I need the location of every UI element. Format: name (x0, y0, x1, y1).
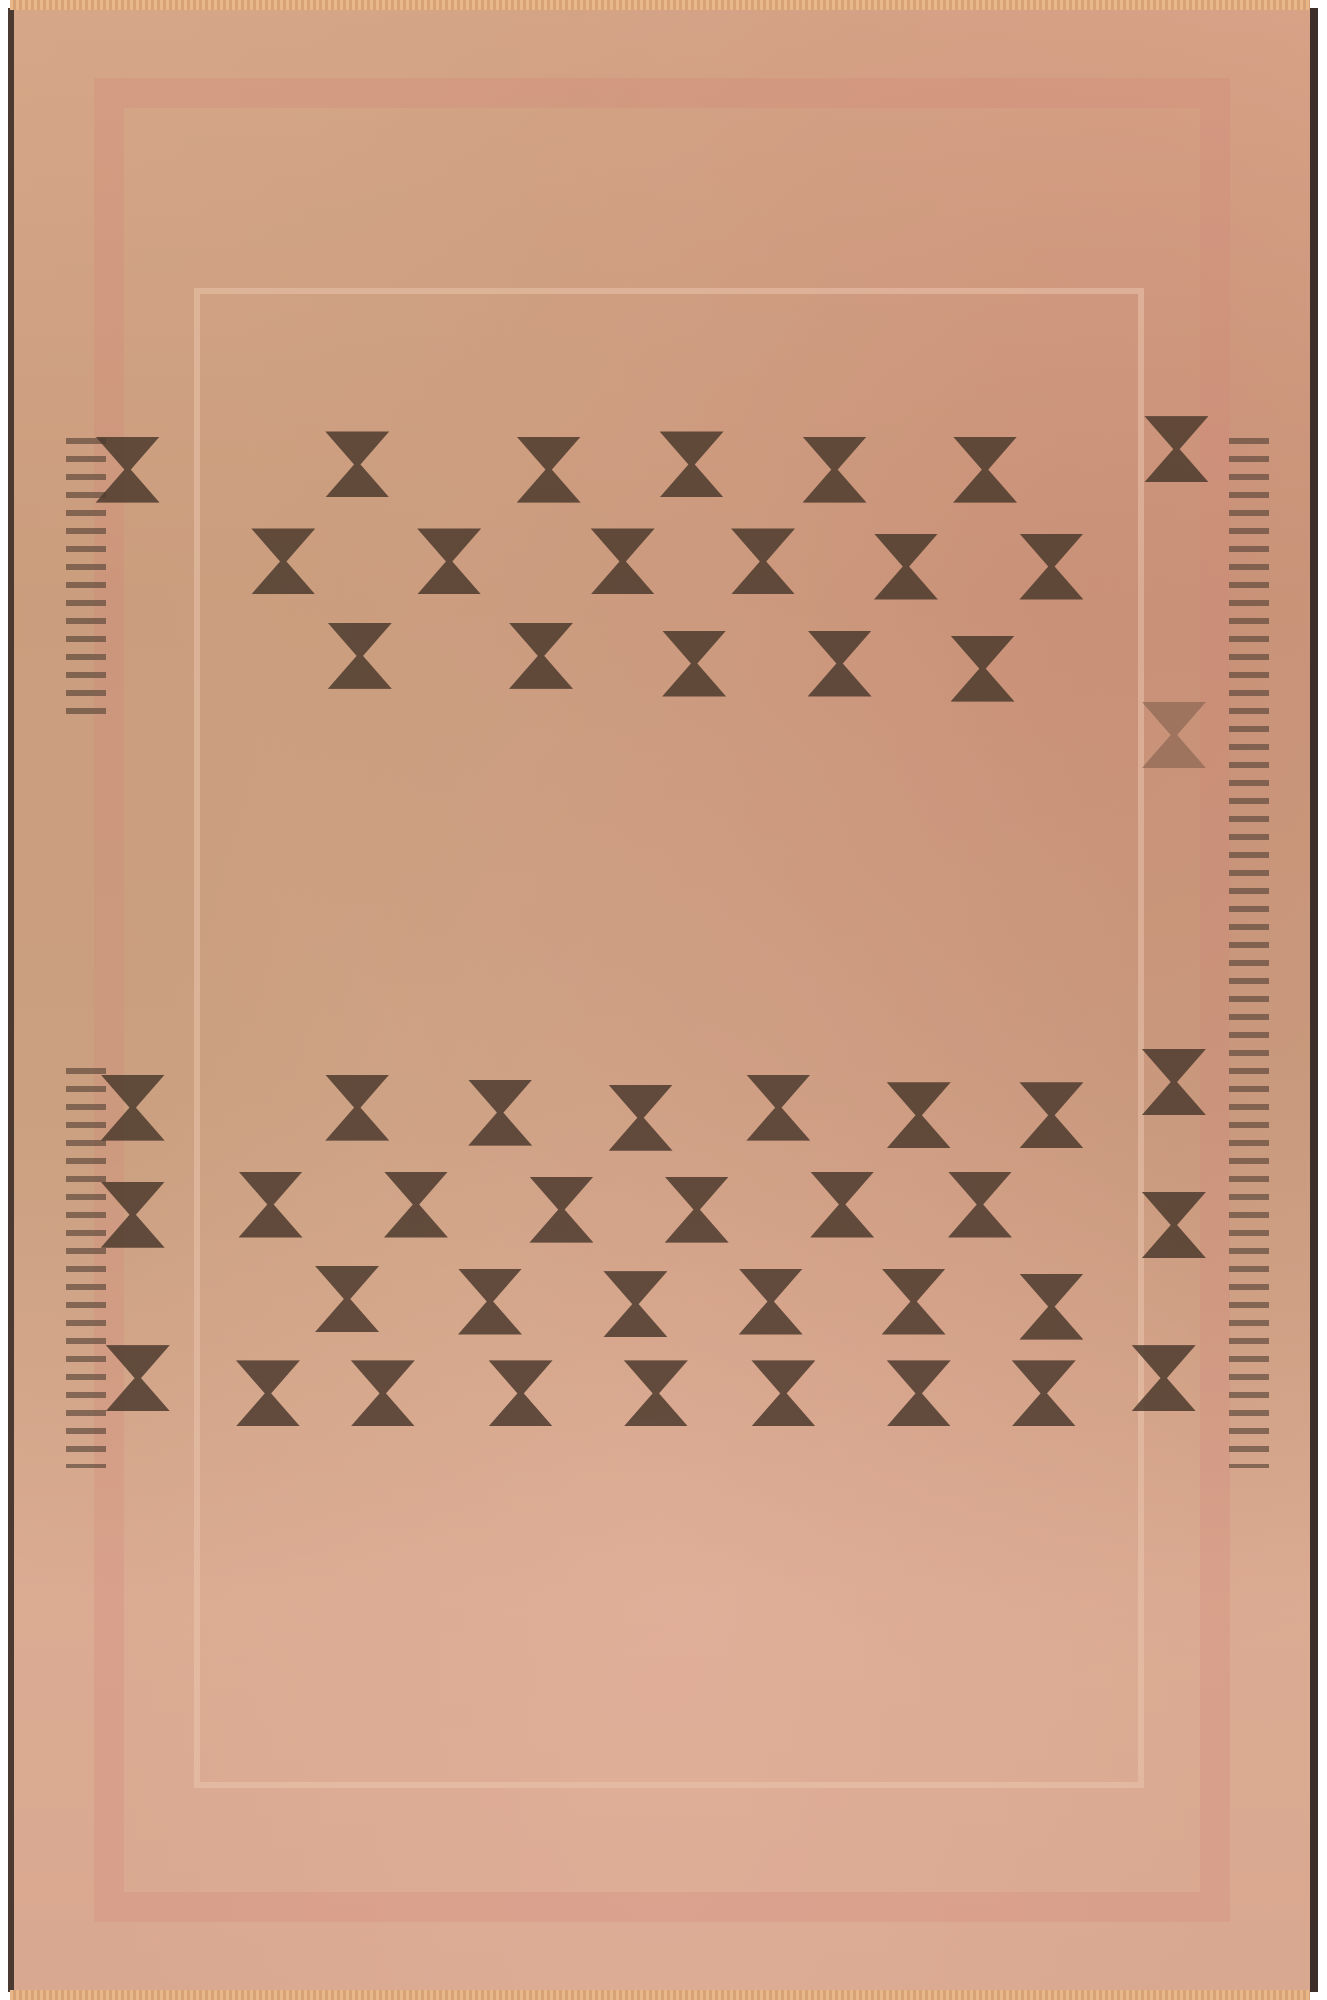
rug-field (194, 288, 1144, 1788)
bottom-fringe (10, 1990, 1310, 2000)
rug (8, 8, 1318, 1992)
top-fringe (10, 0, 1310, 10)
left-border-band (66, 438, 106, 718)
right-border-band (1229, 438, 1269, 1468)
left-border-band (66, 1068, 106, 1468)
